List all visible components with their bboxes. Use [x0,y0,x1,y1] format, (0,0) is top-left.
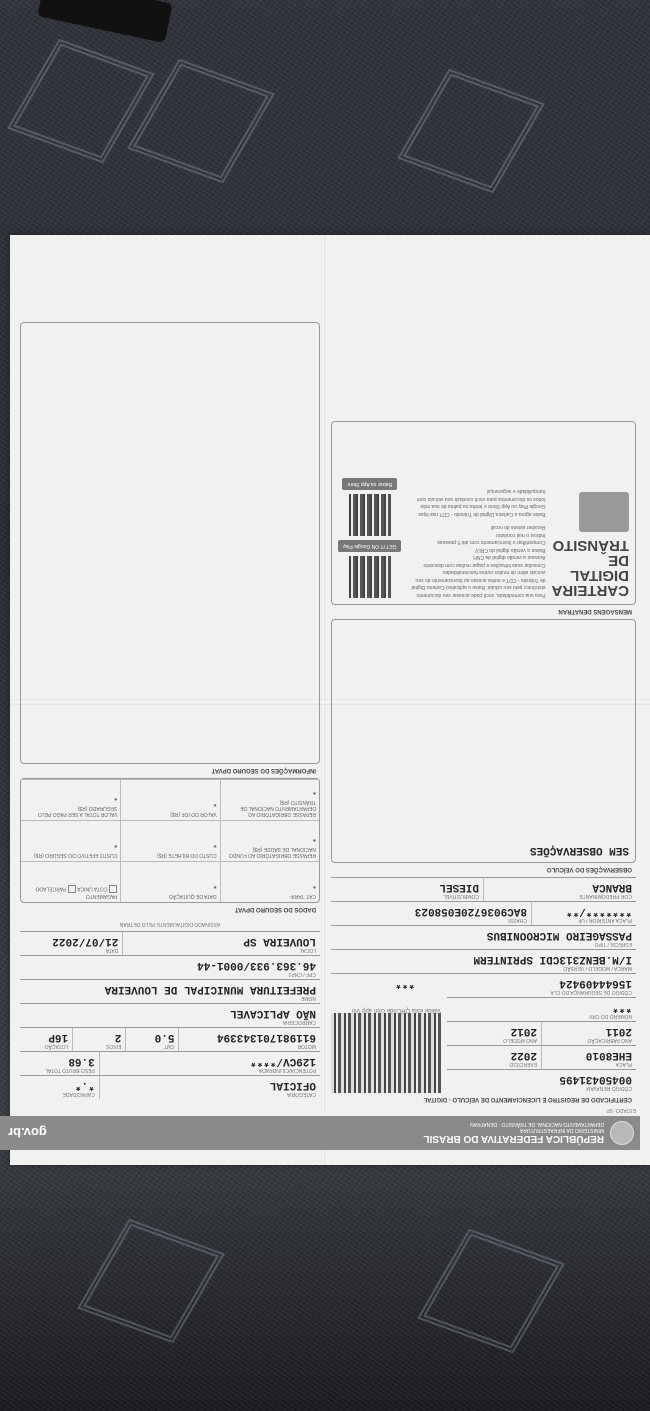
placa-anterior-value: *******/** [536,905,632,917]
department: DEPARTAMENTO NACIONAL DE TRÂNSITO - DENA… [423,1122,604,1128]
motor-value: 611981701343394 [184,1031,317,1043]
seat-pattern [397,69,545,194]
ano-modelo-value: 2012 [451,1025,537,1037]
cmt-value: 5.0 [130,1031,174,1043]
cdt-app-illustration-icon [579,492,629,532]
seguro-title: DADOS DO SEGURO DPVAT [20,903,320,917]
eixos-value: 2 [77,1031,121,1043]
mensagens-box: CARTEIRA DIGITAL DE TRÂNSITO Para sua co… [331,421,636,605]
govbr-logo: gov.br [0,1116,328,1150]
marca-modelo-value: I/M.BENZ313CDI SPRINTERM [335,953,632,965]
capacidade-value: *.* [24,1079,95,1091]
cota-unica-checkbox[interactable] [109,885,117,893]
qr-caption: Valide esta QRCode com app Vio [331,1007,441,1013]
cat-value: *** [335,977,415,989]
validation-qr-code[interactable] [331,1013,441,1093]
especie-tipo-value: PASSAGEIRO MICROONIBUS [335,929,632,941]
certificate-title: CERTIFICADO DE REGISTRO E LICENCIAMENTO … [331,1093,636,1107]
cnpj-value: 46.363.933/0001-44 [24,959,316,971]
potencia-value: 129CV/**** [104,1055,316,1067]
google-play-button[interactable]: GET IT ON Google Play [338,540,401,552]
exercicio-value: 2022 [451,1049,537,1061]
seguro-info-box [20,322,320,764]
app-store-button[interactable]: Baixar na App Store [342,478,396,490]
signed-by: ASSINADO DIGITALMENTE PELO DETRAN [20,921,320,927]
categoria-value: OFICIAL [104,1079,316,1091]
country-title: REPÚBLICA FEDERATIVA DO BRASIL [423,1134,604,1145]
seguro-grid: CAT. TARIF* DATA DE QUITAÇÃO* PAGAMENTO … [20,778,320,903]
ano-fabricacao-value: 2011 [546,1025,632,1037]
local-value: LOUVEIRA SP [127,935,316,947]
observacoes-label: OBSERVAÇÕES DO VEÍCULO [331,863,636,877]
certificate-left-column: ESTADO: SP CERTIFICADO DE REGISTRO E LIC… [331,421,636,1113]
lotacao-value: 16P [24,1031,68,1043]
phone-edge [37,0,172,43]
crv-value: *** [451,1001,632,1013]
certificate-right-column: CATEGORIAOFICIAL CAPACIDADE*.* POTÊNCIA/… [20,322,320,1113]
data-value: 21/07/2022 [24,935,118,947]
carroceria-value: NÃO APLICAVEL [24,1007,316,1019]
mensagens-title: MENSAGENS DENATRAN [331,605,636,619]
brazil-emblem-icon [610,1121,634,1145]
state-label: ESTADO: SP [331,1107,636,1113]
seguro-info-title: INFORMAÇÕES DO SEGURO DPVAT [20,764,320,778]
renavam-value: 00450431495 [451,1073,632,1085]
header-bar: REPÚBLICA FEDERATIVA DO BRASIL MINISTÉRI… [328,1116,640,1150]
seat-pattern [77,1219,225,1344]
placa-value: EHE8010 [546,1049,632,1061]
google-play-qr[interactable] [349,556,391,598]
cor-value: BRANCA [488,881,632,893]
nome-value: PREFEITURA MUNICIPAL DE LOUVEIRA [24,983,316,995]
parcelado-checkbox[interactable] [68,885,76,893]
seat-pattern [417,1229,565,1354]
combustivel-value: DIESEL [335,881,479,893]
peso-bruto-value: 3.68 [24,1055,95,1067]
observacoes-value: SEM OBSERVAÇÕES [338,844,629,856]
chassi-value: 8AC9036720E058023 [335,905,527,917]
app-store-qr[interactable] [349,494,391,536]
crlv-document: REPÚBLICA FEDERATIVA DO BRASIL MINISTÉRI… [10,235,650,1165]
observacoes-box: SEM OBSERVAÇÕES [331,619,636,863]
security-code-value: 15644409424 [415,977,632,989]
